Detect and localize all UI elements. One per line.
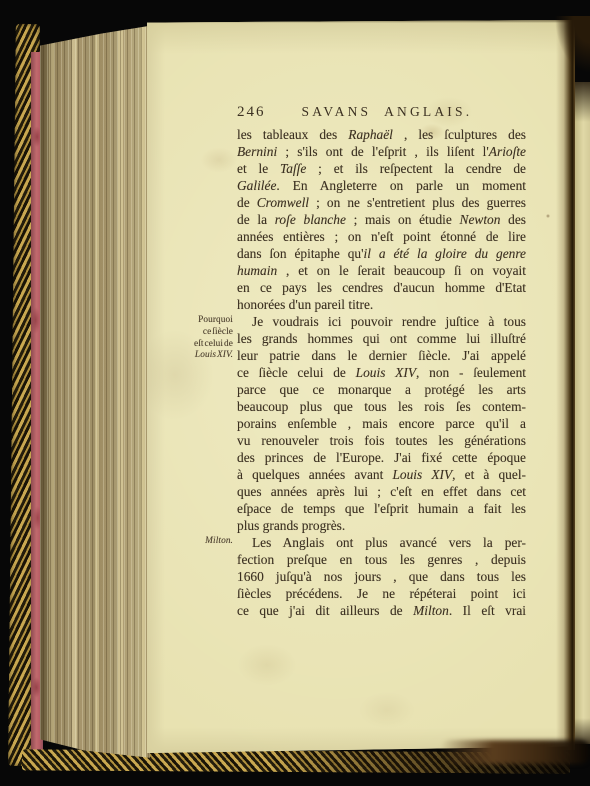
text-line: fection preſque en tous les genres , dep…: [237, 551, 526, 568]
text-line: dans ſon épitaphe qu'il a été la gloire …: [237, 245, 526, 262]
text-line: 1660 juſqu'à nos jours , que dans tous l…: [237, 568, 526, 585]
text-line: leur patrie dans le dernier ſiècle. J'ai…: [237, 347, 526, 364]
photo-backdrop: 246 SAVANS ANGLAIS. les tableaux des Rap…: [0, 0, 590, 786]
text-line: de Cromwell ; on ne s'entretient plus de…: [237, 194, 526, 211]
text-line: eſpace de temps que l'eſprit humain a fa…: [237, 500, 526, 517]
text-line: à quelques années avant Louis XIV, et à …: [237, 466, 526, 483]
text-line: beaucoup plus que tous les rois ſes cont…: [237, 398, 526, 415]
page-stack-fore-edge: [40, 22, 150, 760]
text-line: porains enſemble , mais encore parce qu'…: [237, 415, 526, 432]
text-line: plus grands progrès.: [237, 517, 526, 534]
book-page: 246 SAVANS ANGLAIS. les tableaux des Rap…: [147, 20, 571, 753]
shadow-bottom-right: [440, 740, 590, 764]
cover-corner-top-right: [538, 16, 590, 100]
page-number: 246: [237, 104, 266, 121]
text-line: ce ſiècle celui de Louis XIV, non - ſeul…: [237, 364, 526, 381]
text-line: en ce pays les cendres d'aucun homme d'E…: [237, 279, 526, 296]
text-line: Galilée. En Angleterre on parle un momen…: [237, 177, 526, 194]
text-line: vu renouveler trois fois toutes les géné…: [237, 432, 526, 449]
text-line: des princes de l'Europe. J'ai fixé cette…: [237, 449, 526, 466]
text-line: ques années après lui ; c'eſt en effet d…: [237, 483, 526, 500]
text-body: les tableaux des Raphaël , les ſculpture…: [237, 126, 526, 619]
text-line: Je voudrais ici pouvoir rendre juſtice à…: [237, 313, 526, 330]
text-line: les grands hommes qui ont comme lui illu…: [237, 330, 526, 347]
text-line: Les Anglais ont plus avancé vers la per-: [237, 534, 526, 551]
text-line: honorées d'un pareil titre.: [237, 296, 526, 313]
text-line: parce que ce monarque a protégé les arts: [237, 381, 526, 398]
margin-note: Milton.: [159, 536, 233, 548]
text-line: les tableaux des Raphaël , les ſculpture…: [237, 126, 526, 143]
text-line: et le Taſſe ; et ils reſpectent la cendr…: [237, 160, 526, 177]
text-line: humain , et on le ſerait beaucoup ſi on …: [237, 262, 526, 279]
text-line: ce que j'ai dit ailleurs de Milton. Il e…: [237, 602, 526, 619]
text-line: de la roſe blanche ; mais on étudie Newt…: [237, 211, 526, 228]
margin-note: Pourquoice ſiècleeſt celui deLouis XIV.: [159, 315, 233, 362]
page-gutter-shadow: [556, 20, 575, 750]
text-line: ſiècles précédens. Je ne répéterai point…: [237, 585, 526, 602]
paragraph: les tableaux des Raphaël , les ſculpture…: [237, 126, 526, 313]
facing-page-sliver: [575, 82, 590, 744]
page-header: 246 SAVANS ANGLAIS.: [237, 104, 527, 121]
text-line: années entières ; on n'eſt point étonné …: [237, 228, 526, 245]
text-line: Bernini ; s'ils ont de l'eſprit , ils li…: [237, 143, 526, 160]
running-title: SAVANS ANGLAIS.: [302, 104, 473, 120]
paragraph: Milton.Les Anglais ont plus avancé vers …: [237, 534, 526, 619]
paragraph: Pourquoice ſiècleeſt celui deLouis XIV.J…: [237, 313, 526, 534]
